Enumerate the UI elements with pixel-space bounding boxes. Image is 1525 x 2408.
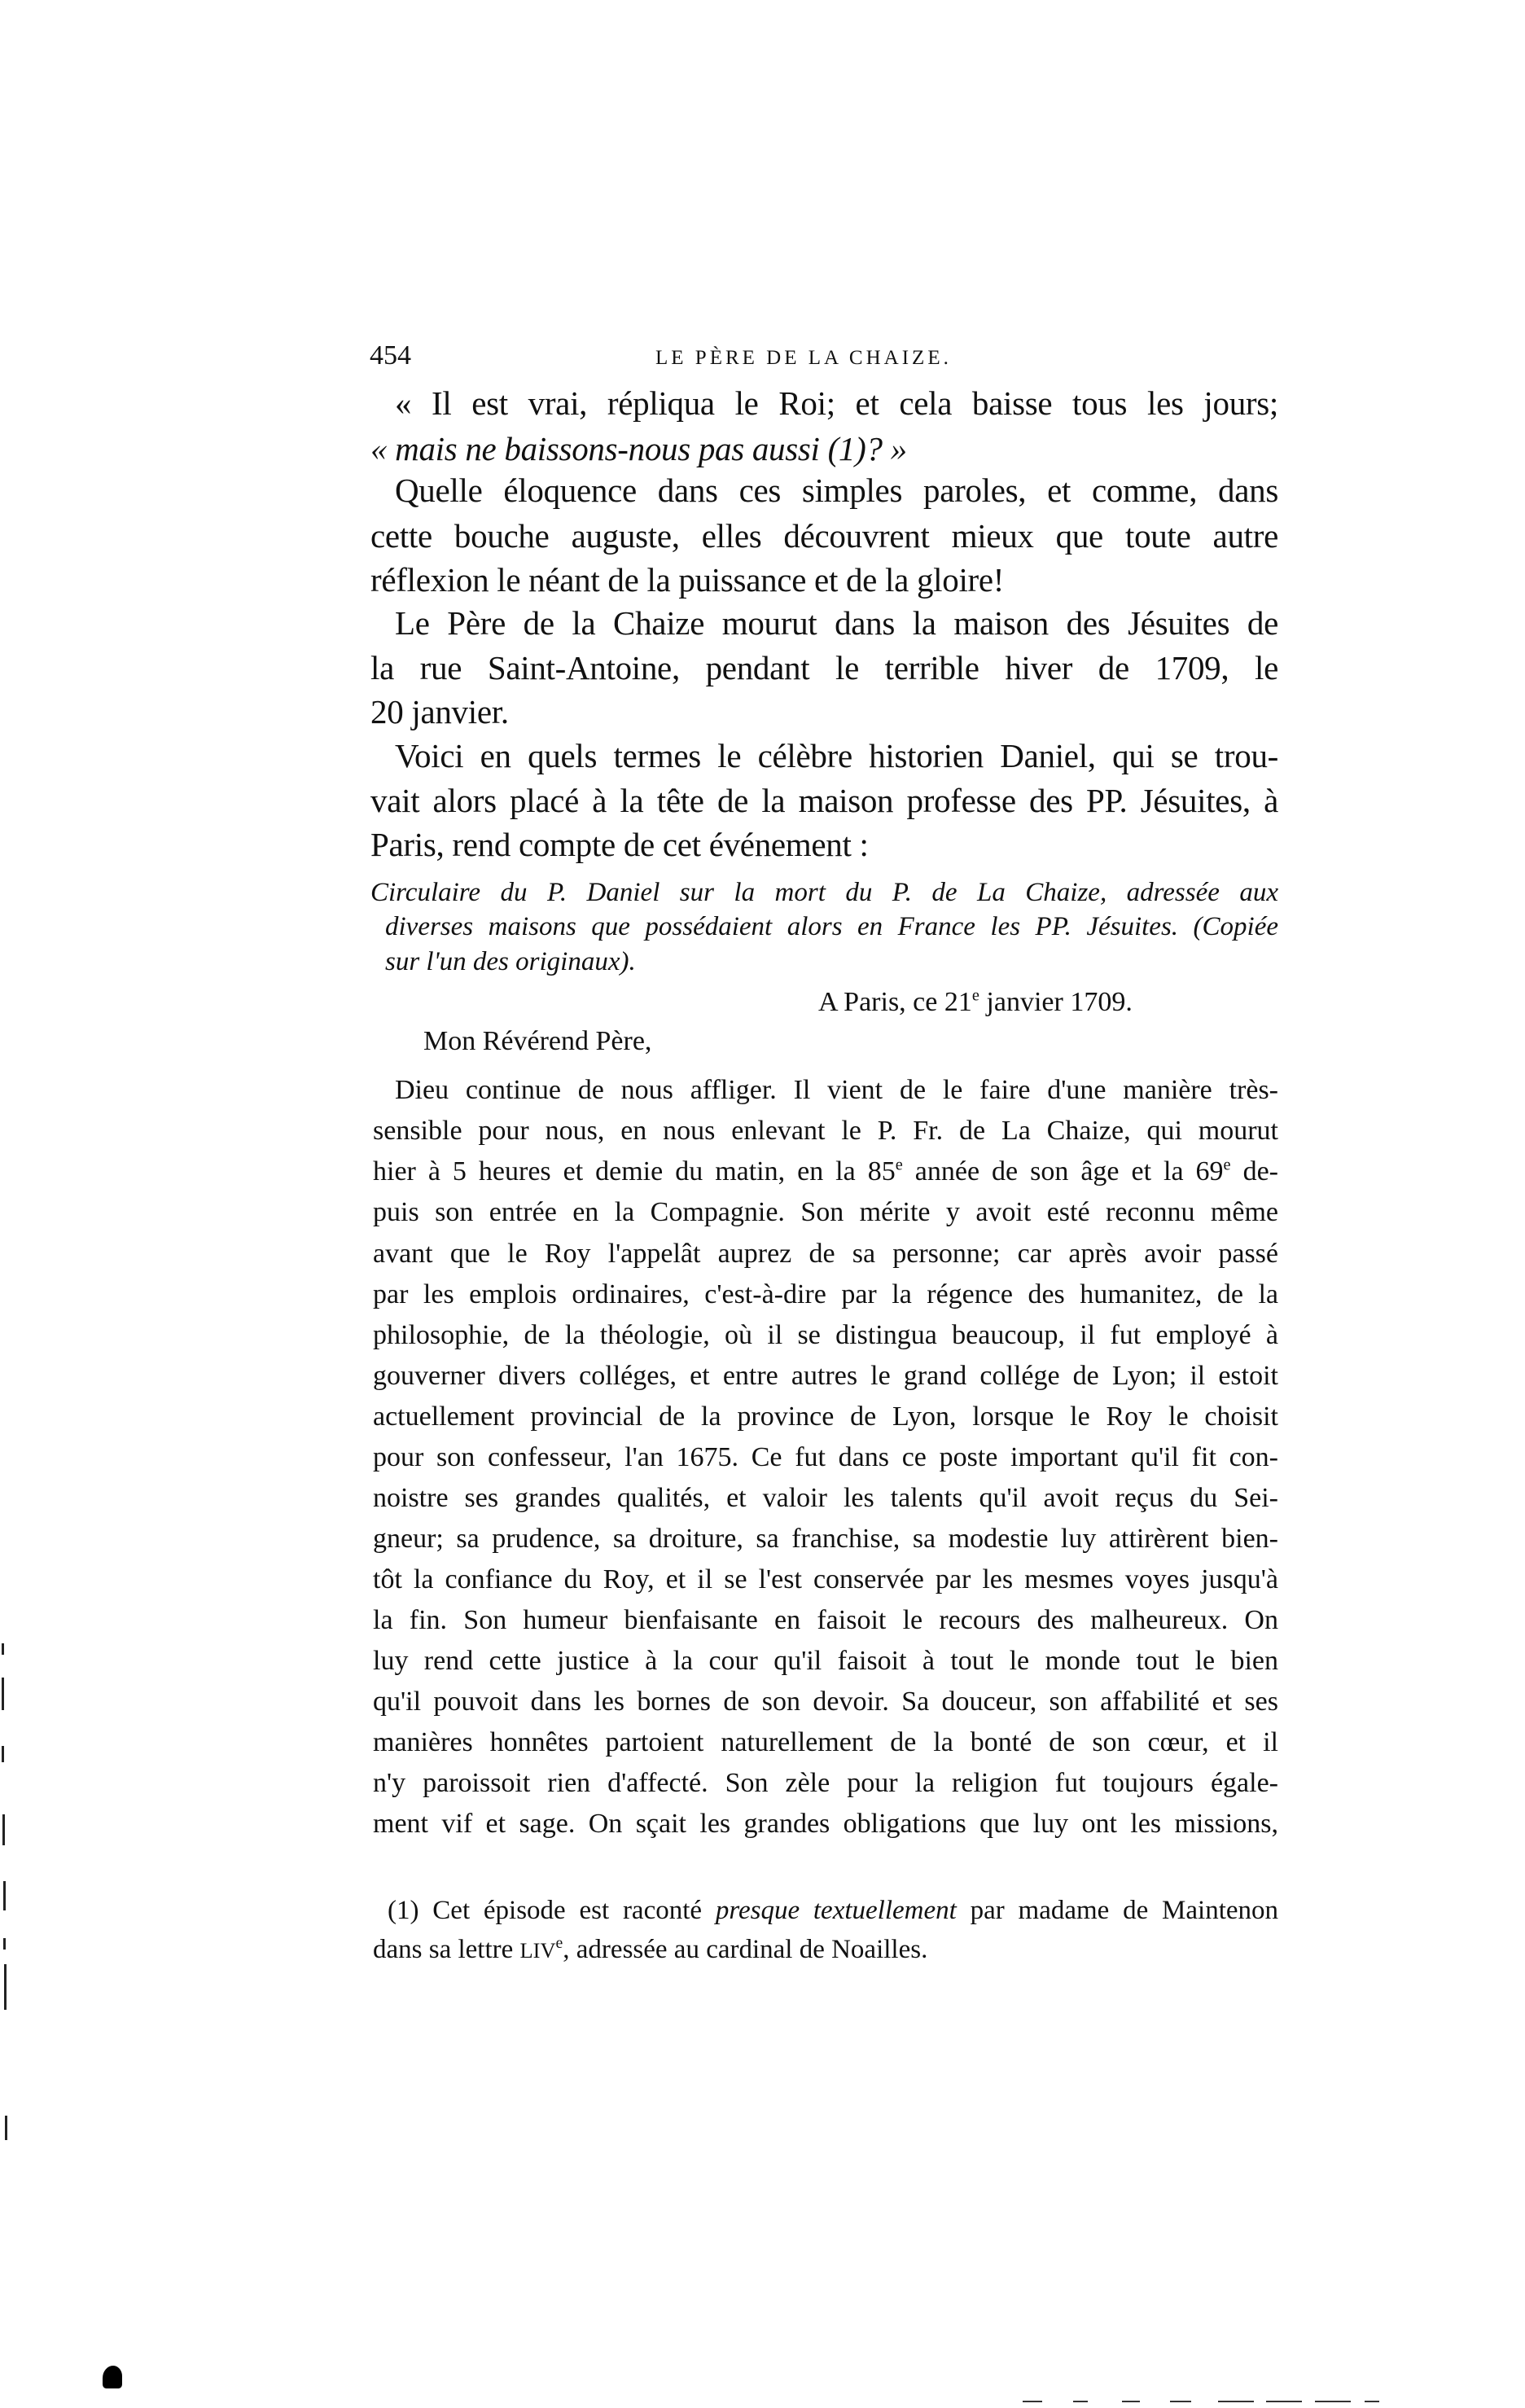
letter-line: pour son confesseur, l'an 1675. Ce fut d… bbox=[373, 1444, 1278, 1472]
letter-line: par les emplois ordinaires, c'est-à-dire… bbox=[373, 1281, 1278, 1309]
letter-line: qu'il pouvoit dans les bornes de son dev… bbox=[373, 1688, 1278, 1716]
page-number: 454 bbox=[370, 342, 411, 370]
letter-line: philosophie, de la théologie, où il se d… bbox=[373, 1322, 1278, 1349]
footnote-line: dans sa lettre LIVe, adressée au cardina… bbox=[373, 1936, 927, 1963]
letter-line: gneur; sa prudence, sa droiture, sa fran… bbox=[373, 1525, 1278, 1553]
footnote-line: (1) Cet épisode est raconté presque text… bbox=[388, 1897, 1278, 1924]
letter-line: n'y paroissoit rien d'affecté. Son zèle … bbox=[373, 1770, 1278, 1797]
scan-artifact bbox=[3, 1881, 6, 1910]
text-line-italic: « mais ne baissons-nous pas aussi (1)? » bbox=[370, 432, 907, 466]
letter-line: sensible pour nous, en nous enlevant le … bbox=[373, 1117, 1278, 1145]
text-line: réflexion le néant de la puissance et de… bbox=[370, 564, 1004, 597]
scan-artifact bbox=[2, 1678, 4, 1710]
text-line: Paris, rend compte de cet événement : bbox=[370, 828, 869, 862]
running-title: LE PÈRE DE LA CHAIZE. bbox=[655, 348, 952, 368]
scan-artifact bbox=[1073, 2401, 1088, 2402]
footnote-marker: (1) bbox=[388, 1896, 418, 1925]
letter-line: manières honnêtes partoient naturellemen… bbox=[373, 1729, 1278, 1757]
letter-line: hier à 5 heures et demie du matin, en la… bbox=[373, 1158, 1278, 1186]
letter-dateline: A Paris, ce 21e janvier 1709. bbox=[818, 989, 1133, 1016]
scan-artifact bbox=[1315, 2401, 1351, 2402]
scan-artifact bbox=[2, 1643, 4, 1655]
letter-line: avant que le Roy l'appelât auprez de sa … bbox=[373, 1240, 1278, 1268]
scan-artifact bbox=[1122, 2401, 1140, 2402]
letter-line: la fin. Son humeur bienfaisante en faiso… bbox=[373, 1607, 1278, 1634]
letter-line: Dieu continue de nous affliger. Il vient… bbox=[395, 1077, 1278, 1104]
scan-artifact bbox=[2, 1814, 5, 1845]
scan-artifact bbox=[2, 1746, 4, 1762]
text-line: la rue Saint-Antoine, pendant le terribl… bbox=[370, 651, 1278, 685]
text-line: cette bouche auguste, elles découvrent m… bbox=[370, 520, 1278, 553]
scan-artifact bbox=[5, 2116, 7, 2140]
letter-rubric-line: diverses maisons que possédaient alors e… bbox=[385, 914, 1278, 941]
scan-artifact bbox=[1023, 2401, 1042, 2402]
scan-artifact bbox=[4, 1964, 7, 2010]
letter-line: puis son entrée en la Compagnie. Son mér… bbox=[373, 1199, 1278, 1226]
letter-line: tôt la confiance du Roy, et il se l'est … bbox=[373, 1566, 1278, 1594]
text-line: Voici en quels termes le célèbre histori… bbox=[395, 739, 1278, 773]
letter-line: noistre ses grandes qualités, et valoir … bbox=[373, 1485, 1278, 1512]
text-line: 20 janvier. bbox=[370, 695, 509, 729]
scan-artifact bbox=[3, 1938, 6, 1950]
text-line: « Il est vrai, répliqua le Roi; et cela … bbox=[395, 387, 1278, 420]
letter-line: actuellement provincial de la province d… bbox=[373, 1403, 1278, 1431]
letter-rubric-line: sur l'un des originaux). bbox=[385, 949, 636, 976]
letter-line: ment vif et sage. On sçait les grandes o… bbox=[373, 1810, 1278, 1838]
scan-artifact bbox=[1266, 2401, 1302, 2402]
letter-salutation: Mon Révérend Père, bbox=[423, 1028, 651, 1055]
text-line: vait alors placé à la tête de la maison … bbox=[370, 784, 1278, 818]
text-line: Quelle éloquence dans ces simples parole… bbox=[395, 474, 1278, 507]
letter-line: gouverner divers colléges, et entre autr… bbox=[373, 1362, 1278, 1390]
scan-artifact bbox=[1218, 2401, 1254, 2402]
letter-rubric-line: Circulaire du P. Daniel sur la mort du P… bbox=[370, 879, 1278, 906]
book-page: 454 LE PÈRE DE LA CHAIZE. « Il est vrai,… bbox=[0, 0, 1525, 2408]
ink-blot bbox=[103, 2366, 122, 2388]
scan-artifact bbox=[1365, 2401, 1379, 2402]
scan-artifact bbox=[1170, 2401, 1191, 2402]
letter-line: luy rend cette justice à la cour qu'il f… bbox=[373, 1647, 1278, 1675]
text-line: Le Père de la Chaize mourut dans la mais… bbox=[395, 607, 1278, 640]
